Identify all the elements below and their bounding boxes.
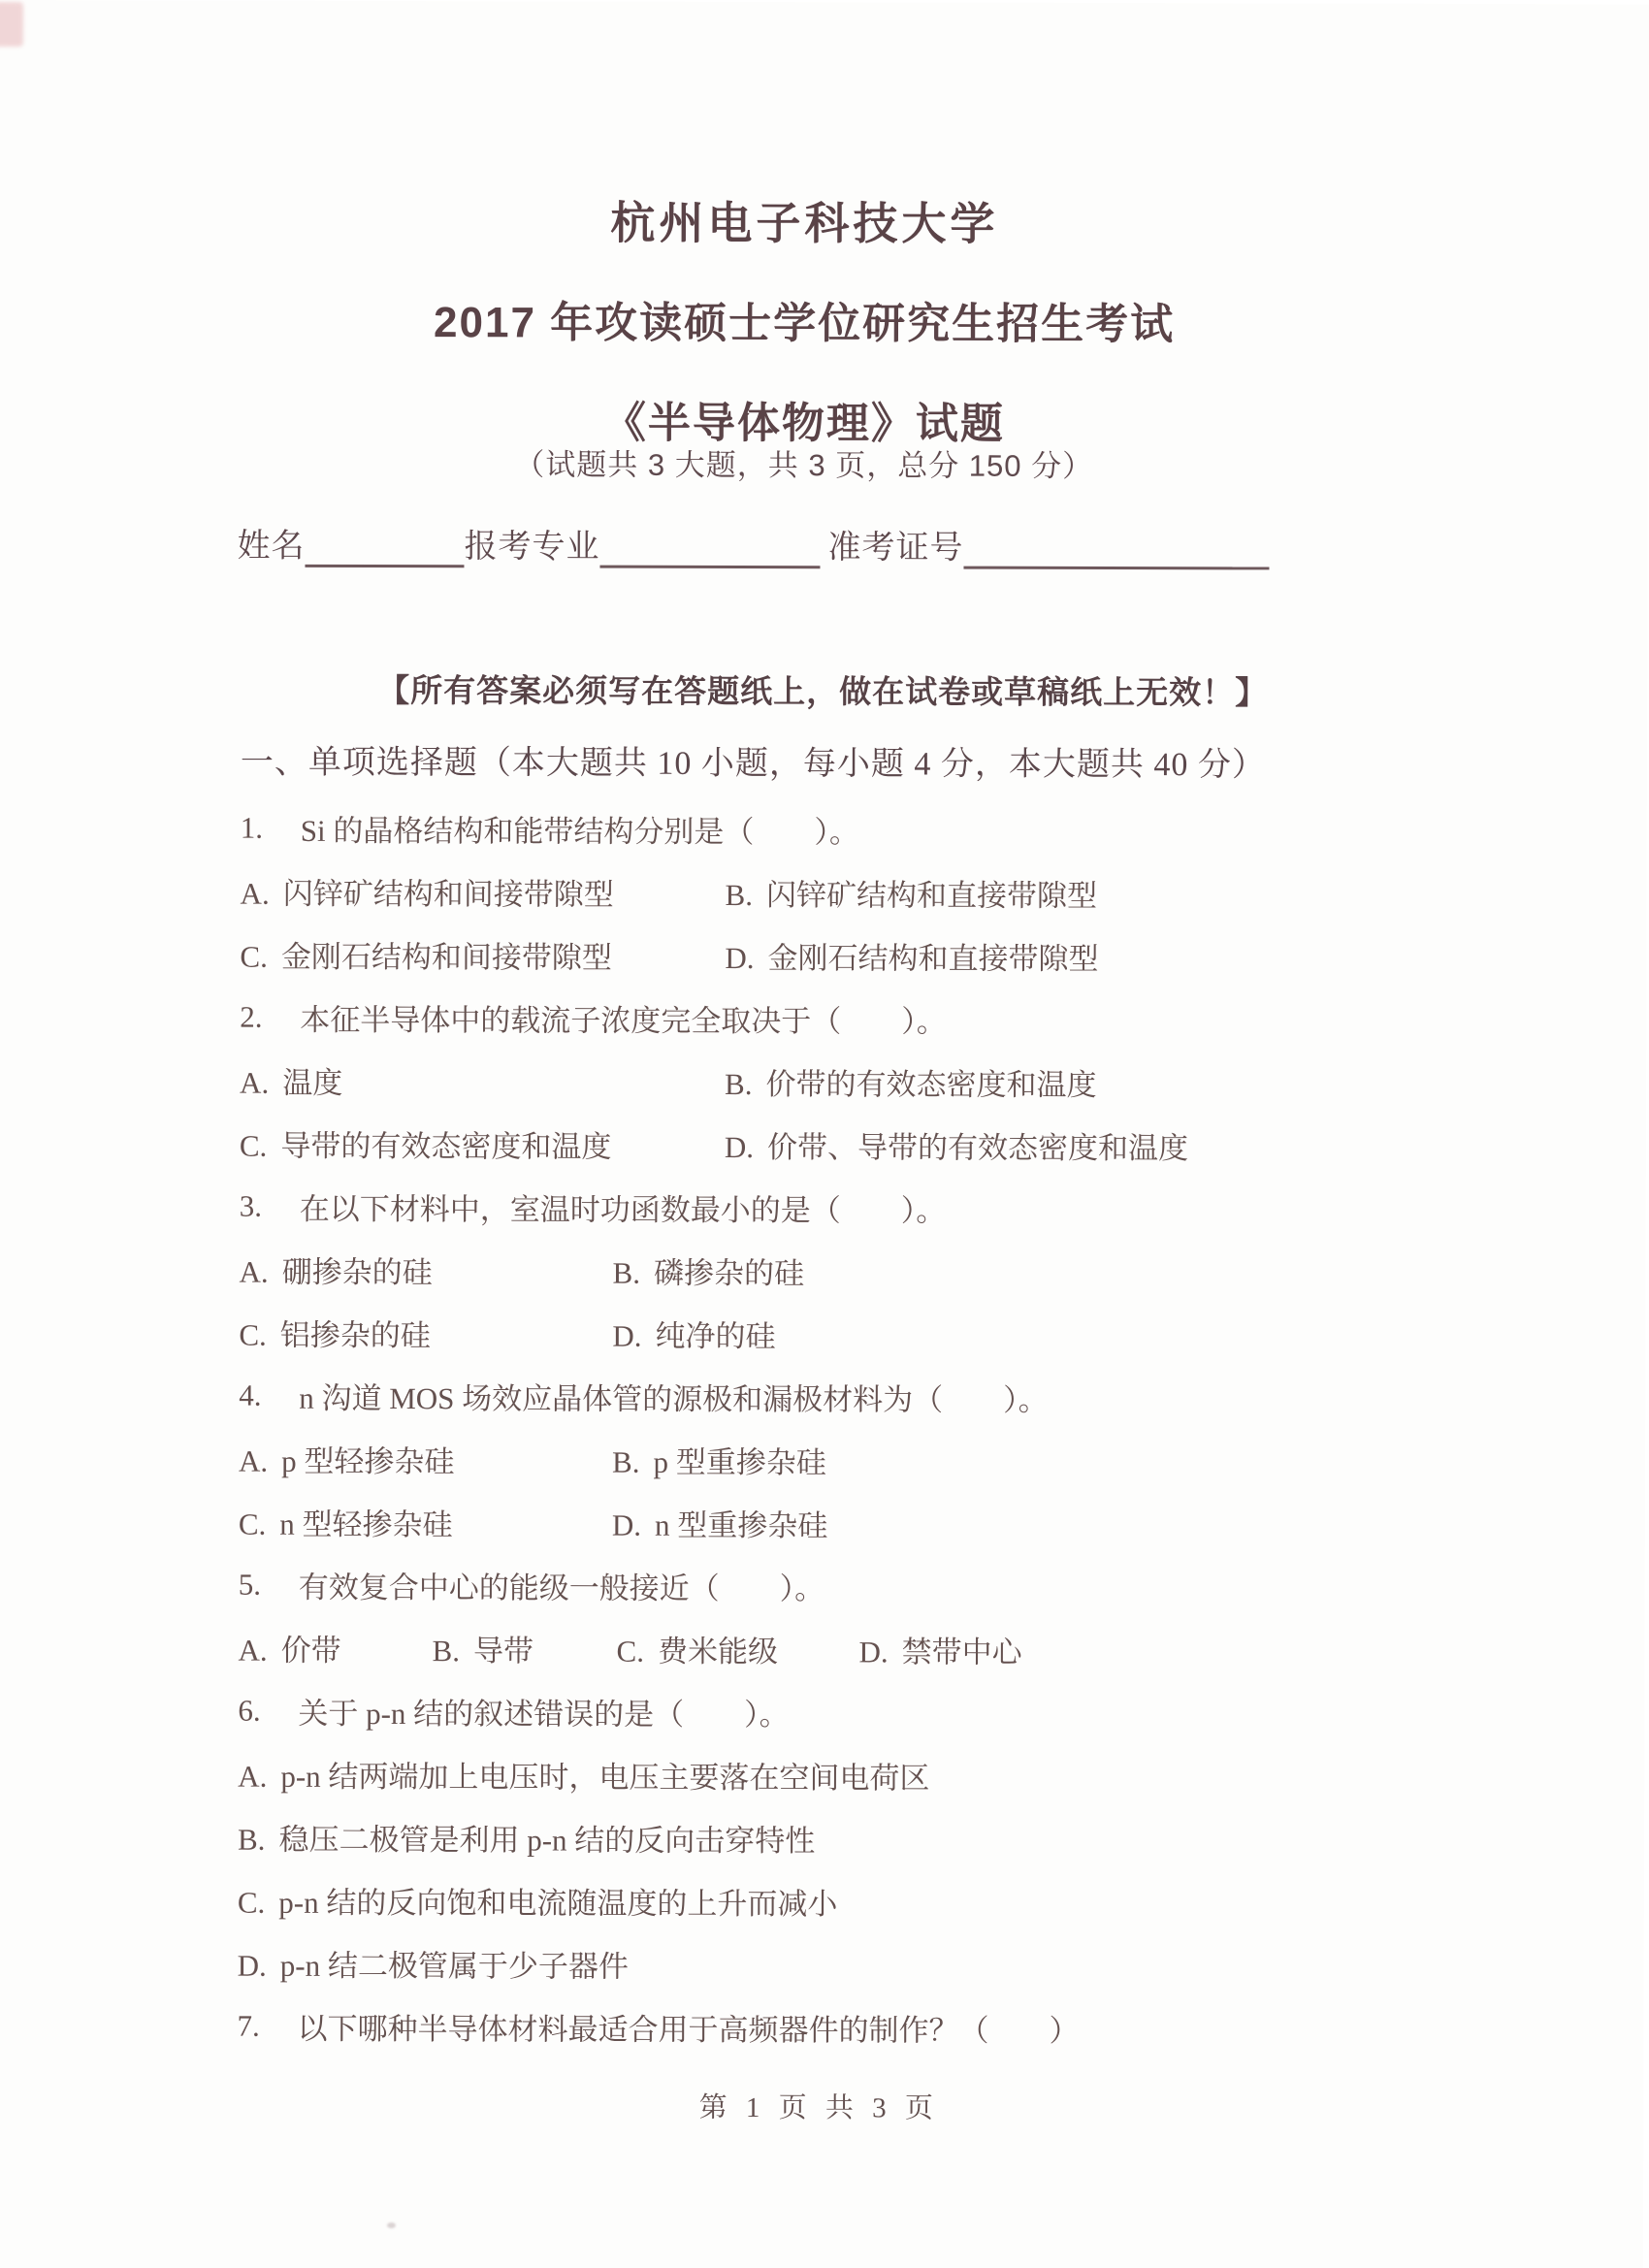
option-5A: A.价带 bbox=[238, 1626, 432, 1670]
option-2A-label: A. bbox=[240, 1066, 269, 1101]
option-6D-text: p-n 结二极管属于少子器件 bbox=[280, 1949, 629, 1984]
option-6B: B.稳压二极管是利用 p-n 结的反向击穿特性 bbox=[238, 1815, 815, 1861]
question-4: 4.n 沟道 MOS 场效应晶体管的源极和漏极材料为（ ）。 bbox=[239, 1364, 1412, 1430]
option-4C: C.n 型轻掺杂硅 bbox=[239, 1500, 612, 1544]
question-4-options-row-1: A.p 型轻掺杂硅 B.p 型重掺杂硅 bbox=[239, 1427, 1412, 1493]
option-3C-label: C. bbox=[239, 1318, 267, 1353]
option-2D: D.价带、导带的有效态密度和温度 bbox=[725, 1122, 1188, 1167]
answer-sheet-notice: 【所有答案必须写在答题纸上，做在试卷或草稿纸上无效！】 bbox=[0, 664, 1647, 714]
option-5D-text: 禁带中心 bbox=[902, 1635, 1022, 1669]
option-2A: A.温度 bbox=[240, 1058, 725, 1103]
question-3-options-row-2: C.铝掺杂的硅 D.纯净的硅 bbox=[239, 1301, 1412, 1367]
option-1A-text: 闪锌矿结构和间接带隙型 bbox=[283, 877, 614, 912]
option-2B-label: B. bbox=[725, 1067, 753, 1102]
exam-paper-page: 杭州电子科技大学 2017 年攻读硕士学位研究生招生考试 《半导体物理》试题 （… bbox=[0, 0, 1649, 2268]
candidate-info-row: 姓名报考专业准考证号 bbox=[237, 525, 1269, 570]
option-1D: D.金刚石结构和直接带隙型 bbox=[725, 933, 1098, 978]
question-4-number: 4. bbox=[239, 1377, 299, 1412]
option-4C-text: n 型轻掺杂硅 bbox=[279, 1507, 452, 1541]
option-6A: A.p-n 结两端加上电压时，电压主要落在空间电荷区 bbox=[238, 1752, 929, 1798]
option-6D: D.p-n 结二极管属于少子器件 bbox=[238, 1941, 629, 1986]
question-7: 7.以下哪种半导体材料最适合用于高频器件的制作？（ ） bbox=[237, 1994, 1410, 2060]
question-1: 1.Si 的晶格结构和能带结构分别是（ ）。 bbox=[241, 796, 1414, 862]
question-6-option-A: A.p-n 结两端加上电压时，电压主要落在空间电荷区 bbox=[238, 1742, 1411, 1808]
option-3C: C.铝掺杂的硅 bbox=[239, 1311, 612, 1355]
question-1-number: 1. bbox=[241, 810, 301, 845]
question-5: 5.有效复合中心的能级一般接近（ ）。 bbox=[239, 1553, 1412, 1619]
question-5-text: 有效复合中心的能级一般接近（ ）。 bbox=[299, 1563, 825, 1607]
option-4D-text: n 型重掺杂硅 bbox=[655, 1508, 827, 1542]
question-3: 3.在以下材料中，室温时功函数最小的是（ ）。 bbox=[240, 1175, 1413, 1241]
option-2C-label: C. bbox=[240, 1129, 268, 1164]
option-5A-text: 价带 bbox=[281, 1634, 341, 1668]
option-6B-text: 稳压二极管是利用 p-n 结的反向击穿特性 bbox=[278, 1823, 815, 1858]
question-6-number: 6. bbox=[238, 1693, 298, 1728]
option-3B-text: 磷掺杂的硅 bbox=[654, 1256, 804, 1290]
admission-number-field-blank bbox=[963, 528, 1269, 570]
exam-title: 2017 年攻读硕士学位研究生招生考试 bbox=[0, 286, 1609, 352]
question-2-text: 本征半导体中的载流子浓度完全取决于（ ）。 bbox=[300, 995, 947, 1041]
question-4-options-row-2: C.n 型轻掺杂硅 D.n 型重掺杂硅 bbox=[239, 1490, 1412, 1556]
option-1C-text: 金刚石结构和间接带隙型 bbox=[281, 940, 612, 975]
paper-info: （试题共 3 大题，共 3 页，总分 150 分） bbox=[0, 438, 1609, 486]
question-5-number: 5. bbox=[239, 1567, 299, 1602]
option-4B-label: B. bbox=[612, 1445, 640, 1480]
option-5D: D.禁带中心 bbox=[858, 1627, 1021, 1670]
question-7-number: 7. bbox=[237, 2008, 297, 2043]
option-6D-label: D. bbox=[238, 1949, 267, 1984]
option-1D-text: 金刚石结构和直接带隙型 bbox=[768, 941, 1099, 976]
question-1-text: Si 的晶格结构和能带结构分别是（ ）。 bbox=[301, 806, 859, 852]
question-6-option-D: D.p-n 结二极管属于少子器件 bbox=[238, 1931, 1411, 1997]
option-5A-label: A. bbox=[238, 1634, 267, 1669]
option-6A-text: p-n 结两端加上电压时，电压主要落在空间电荷区 bbox=[280, 1760, 929, 1796]
option-5D-label: D. bbox=[858, 1635, 888, 1669]
option-6C: C.p-n 结的反向饱和电流随温度的上升而减小 bbox=[238, 1878, 838, 1924]
question-2: 2.本征半导体中的载流子浓度完全取决于（ ）。 bbox=[240, 986, 1413, 1052]
question-3-options-row-1: A.硼掺杂的硅 B.磷掺杂的硅 bbox=[239, 1238, 1412, 1304]
option-1A: A.闪锌矿结构和间接带隙型 bbox=[241, 869, 726, 914]
option-1A-label: A. bbox=[241, 877, 270, 912]
option-5C: C.费米能级 bbox=[616, 1627, 858, 1671]
option-3A: A.硼掺杂的硅 bbox=[240, 1247, 613, 1292]
option-4C-label: C. bbox=[239, 1507, 267, 1542]
option-5C-text: 费米能级 bbox=[658, 1635, 778, 1669]
option-1C: C.金刚石结构和间接带隙型 bbox=[240, 932, 725, 977]
page-number: 第 1 页 共 3 页 bbox=[0, 2084, 1643, 2127]
option-5B-text: 导带 bbox=[473, 1634, 533, 1668]
option-2A-text: 温度 bbox=[282, 1066, 342, 1100]
question-6: 6.关于 p-n 结的叙述错误的是（ ）。 bbox=[238, 1679, 1411, 1745]
option-6C-text: p-n 结的反向饱和电流随温度的上升而减小 bbox=[278, 1886, 837, 1922]
question-7-text: 以下哪种半导体材料最适合用于高频器件的制作？（ ） bbox=[297, 2004, 1079, 2050]
option-4A-label: A. bbox=[239, 1444, 268, 1479]
option-6A-label: A. bbox=[238, 1760, 267, 1795]
option-3A-text: 硼掺杂的硅 bbox=[282, 1255, 433, 1289]
option-3A-label: A. bbox=[240, 1255, 269, 1290]
option-5C-label: C. bbox=[616, 1635, 644, 1669]
name-field-blank bbox=[305, 526, 464, 567]
option-1D-label: D. bbox=[725, 941, 754, 976]
option-3B-label: B. bbox=[613, 1256, 641, 1291]
option-1B-text: 闪锌矿结构和直接带隙型 bbox=[766, 878, 1097, 913]
question-6-option-C: C.p-n 结的反向饱和电流随温度的上升而减小 bbox=[238, 1868, 1411, 1934]
option-4D: D.n 型重掺杂硅 bbox=[612, 1501, 828, 1545]
option-2C-text: 导带的有效态密度和温度 bbox=[280, 1129, 611, 1164]
option-3D-label: D. bbox=[612, 1319, 641, 1354]
question-1-options-row-2: C.金刚石结构和间接带隙型 D.金刚石结构和直接带隙型 bbox=[240, 923, 1413, 988]
option-4B-text: p 型重掺杂硅 bbox=[653, 1445, 825, 1479]
question-2-options-row-1: A.温度 B.价带的有效态密度和温度 bbox=[240, 1049, 1413, 1115]
major-field-label: 报考专业 bbox=[464, 525, 599, 567]
question-list: 1.Si 的晶格结构和能带结构分别是（ ）。 A.闪锌矿结构和间接带隙型 B.闪… bbox=[237, 796, 1413, 2060]
name-field-label: 姓名 bbox=[237, 525, 305, 567]
option-2D-text: 价带、导带的有效态密度和温度 bbox=[767, 1130, 1188, 1165]
university-name: 杭州电子科技大学 bbox=[0, 186, 1609, 254]
major-field-blank bbox=[599, 527, 820, 569]
option-4A-text: p 型轻掺杂硅 bbox=[281, 1444, 454, 1478]
option-2B: B.价带的有效态密度和温度 bbox=[725, 1059, 1097, 1104]
option-3D-text: 纯净的硅 bbox=[655, 1319, 775, 1353]
option-6B-label: B. bbox=[238, 1823, 266, 1858]
question-1-options-row-1: A.闪锌矿结构和间接带隙型 B.闪锌矿结构和直接带隙型 bbox=[241, 859, 1414, 925]
option-4B: B.p 型重掺杂硅 bbox=[612, 1438, 826, 1482]
question-4-text: n 沟道 MOS 场效应晶体管的源极和漏极材料为（ ）。 bbox=[299, 1374, 1049, 1419]
option-5B-label: B. bbox=[432, 1634, 460, 1669]
option-3C-text: 铝掺杂的硅 bbox=[280, 1318, 431, 1352]
option-1C-label: C. bbox=[240, 940, 268, 975]
option-2B-text: 价带的有效态密度和温度 bbox=[765, 1067, 1096, 1102]
option-3B: B.磷掺杂的硅 bbox=[613, 1248, 805, 1293]
option-2C: C.导带的有效态密度和温度 bbox=[240, 1121, 725, 1166]
option-2D-label: D. bbox=[725, 1130, 754, 1165]
option-3D: D.纯净的硅 bbox=[612, 1312, 775, 1355]
option-1B: B.闪锌矿结构和直接带隙型 bbox=[726, 870, 1098, 915]
option-1B-label: B. bbox=[726, 878, 754, 913]
option-6C-label: C. bbox=[238, 1886, 266, 1921]
scan-smudge-artifact bbox=[0, 2, 23, 47]
section-heading: 一、单项选择题（本大题共 10 小题，每小题 4 分，本大题共 40 分） bbox=[241, 735, 1266, 786]
question-5-options-row: A.价带 B.导带 C.费米能级 D.禁带中心 bbox=[238, 1616, 1411, 1682]
question-2-number: 2. bbox=[240, 999, 300, 1034]
option-4D-label: D. bbox=[612, 1508, 641, 1543]
question-3-number: 3. bbox=[240, 1188, 300, 1223]
option-5B: B.导带 bbox=[432, 1626, 616, 1669]
question-3-text: 在以下材料中，室温时功函数最小的是（ ）。 bbox=[300, 1184, 947, 1230]
question-2-options-row-2: C.导带的有效态密度和温度 D.价带、导带的有效态密度和温度 bbox=[240, 1112, 1413, 1178]
question-6-text: 关于 p-n 结的叙述错误的是（ ）。 bbox=[298, 1689, 789, 1733]
option-4A: A.p 型轻掺杂硅 bbox=[239, 1437, 612, 1481]
admission-number-field-label: 准考证号 bbox=[827, 526, 963, 568]
scan-dot-artifact bbox=[387, 2222, 396, 2228]
question-6-option-B: B.稳压二极管是利用 p-n 结的反向击穿特性 bbox=[238, 1805, 1411, 1871]
